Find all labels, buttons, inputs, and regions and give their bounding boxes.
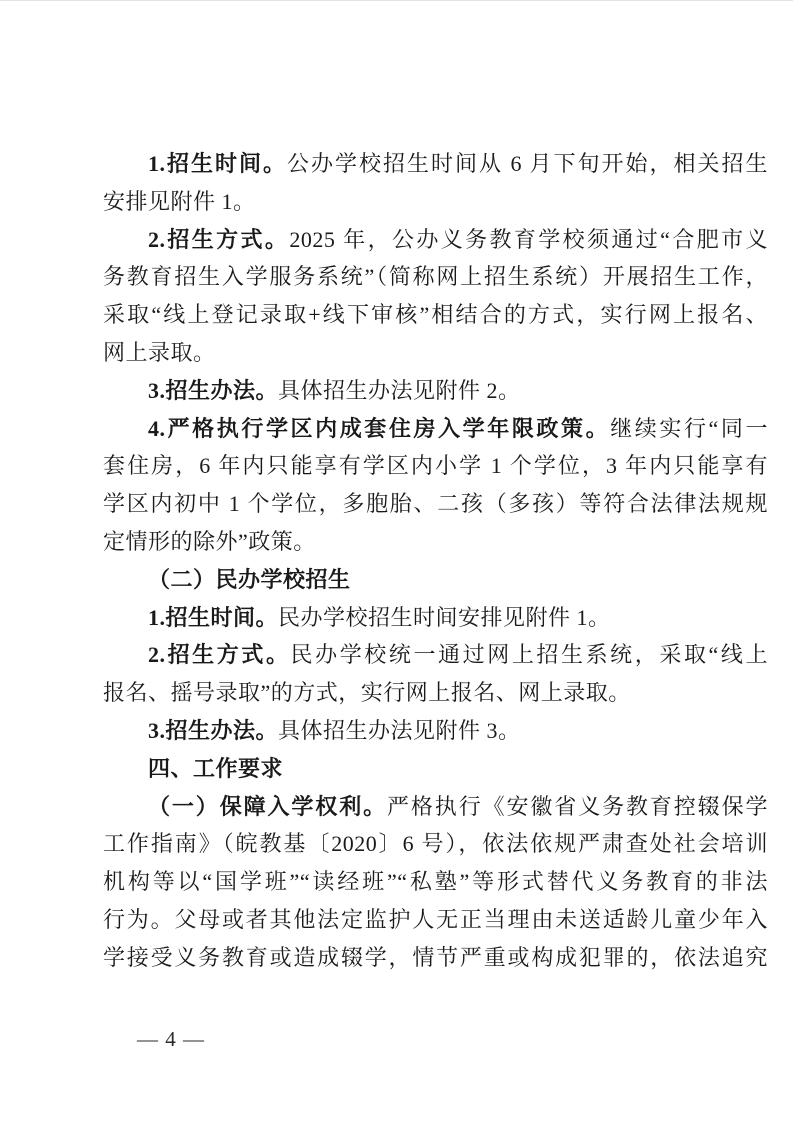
emphasis-text: （一）保障入学权利。 — [148, 794, 387, 819]
text-line: 2.招生方式。2025 年，公办义务教育学校须通过“合肥市义 — [103, 221, 768, 259]
body-text: 具体招生办法见附件 2。 — [278, 378, 521, 403]
text-line: 1.招生时间。民办学校招生时间安排见附件 1。 — [103, 599, 768, 637]
text-line: 2.招生方式。民办学校统一通过网上招生系统，采取“线上 — [103, 636, 768, 674]
emphasis-text: 2.招生方式。 — [148, 642, 291, 667]
body-text: 报名、摇号录取”的方式，实行网上报名、网上录取。 — [103, 680, 631, 705]
body-text: 网上录取。 — [103, 340, 216, 365]
text-line: 定情形的除外”政策。 — [103, 523, 768, 561]
body-text: 工作指南》（皖教基〔2020〕6 号），依法依规严肃查处社会培训 — [103, 831, 768, 856]
text-line: 4.严格执行学区内成套住房入学年限政策。继续实行“同一 — [103, 410, 768, 448]
text-line: 安排见附件 1。 — [103, 183, 768, 221]
body-text: 套住房，6 年内只能享有学区内小学 1 个学位，3 年内只能享有 — [103, 453, 768, 478]
text-line: 工作指南》（皖教基〔2020〕6 号），依法依规严肃查处社会培训 — [103, 825, 768, 863]
emphasis-text: 3.招生办法。 — [148, 378, 278, 403]
section-heading: 四、工作要求 — [148, 756, 283, 781]
text-line: 网上录取。 — [103, 334, 768, 372]
body-text: 行为。父母或者其他法定监护人无正当理由未送适龄儿童少年入 — [103, 907, 768, 932]
text-line: 四、工作要求 — [103, 750, 768, 788]
body-text: 民办学校统一通过网上招生系统，采取“线上 — [291, 642, 768, 667]
text-line: 套住房，6 年内只能享有学区内小学 1 个学位，3 年内只能享有 — [103, 447, 768, 485]
text-line: 学区内初中 1 个学位，多胞胎、二孩（多孩）等符合法律法规规 — [103, 485, 768, 523]
text-line: 3.招生办法。具体招生办法见附件 2。 — [103, 372, 768, 410]
body-text: 民办学校招生时间安排见附件 1。 — [278, 605, 611, 630]
body-text: 务教育招生入学服务系统”（简称网上招生系统）开展招生工作， — [103, 264, 768, 289]
document-page: 1.招生时间。公办学校招生时间从 6 月下旬开始，相关招生安排见附件 1。2.招… — [0, 0, 793, 1122]
text-line: 机构等以“国学班”“读经班”“私塾”等形式替代义务教育的非法 — [103, 863, 768, 901]
text-line: 务教育招生入学服务系统”（简称网上招生系统）开展招生工作， — [103, 258, 768, 296]
text-line: 采取“线上登记录取+线下审核”相结合的方式，实行网上报名、 — [103, 296, 768, 334]
body-text: 采取“线上登记录取+线下审核”相结合的方式，实行网上报名、 — [103, 302, 768, 327]
body-text: 继续实行“同一 — [610, 416, 768, 441]
text-line: 3.招生办法。具体招生办法见附件 3。 — [103, 712, 768, 750]
body-text: 学区内初中 1 个学位，多胞胎、二孩（多孩）等符合法律法规规 — [103, 491, 768, 516]
text-line: 行为。父母或者其他法定监护人无正当理由未送适龄儿童少年入 — [103, 901, 768, 939]
body-text: 安排见附件 1。 — [103, 189, 256, 214]
emphasis-text: （二）民办学校招生 — [148, 567, 351, 592]
page-number: — 4 — — [137, 1027, 205, 1051]
text-line: 1.招生时间。公办学校招生时间从 6 月下旬开始，相关招生 — [103, 145, 768, 183]
text-line: （二）民办学校招生 — [103, 561, 768, 599]
body-text: 学接受义务教育或造成辍学，情节严重或构成犯罪的，依法追究 — [103, 945, 768, 970]
body-text: 2025 年，公办义务教育学校须通过“合肥市义 — [289, 227, 768, 252]
body-text: 公办学校招生时间从 6 月下旬开始，相关招生 — [287, 151, 768, 176]
text-line: （一）保障入学权利。严格执行《安徽省义务教育控辍保学 — [103, 788, 768, 826]
emphasis-text: 2.招生方式。 — [148, 227, 289, 252]
emphasis-text: 3.招生办法。 — [148, 718, 278, 743]
text-line: 学接受义务教育或造成辍学，情节严重或构成犯罪的，依法追究 — [103, 939, 768, 977]
document-body: 1.招生时间。公办学校招生时间从 6 月下旬开始，相关招生安排见附件 1。2.招… — [103, 145, 768, 977]
body-text: 严格执行《安徽省义务教育控辍保学 — [387, 794, 768, 819]
text-line: 报名、摇号录取”的方式，实行网上报名、网上录取。 — [103, 674, 768, 712]
emphasis-text: 1.招生时间。 — [148, 151, 287, 176]
emphasis-text: 1.招生时间。 — [148, 605, 278, 630]
emphasis-text: 4.严格执行学区内成套住房入学年限政策。 — [148, 416, 610, 441]
body-text: 机构等以“国学班”“读经班”“私塾”等形式替代义务教育的非法 — [103, 869, 768, 894]
body-text: 定情形的除外”政策。 — [103, 529, 316, 554]
body-text: 具体招生办法见附件 3。 — [278, 718, 521, 743]
